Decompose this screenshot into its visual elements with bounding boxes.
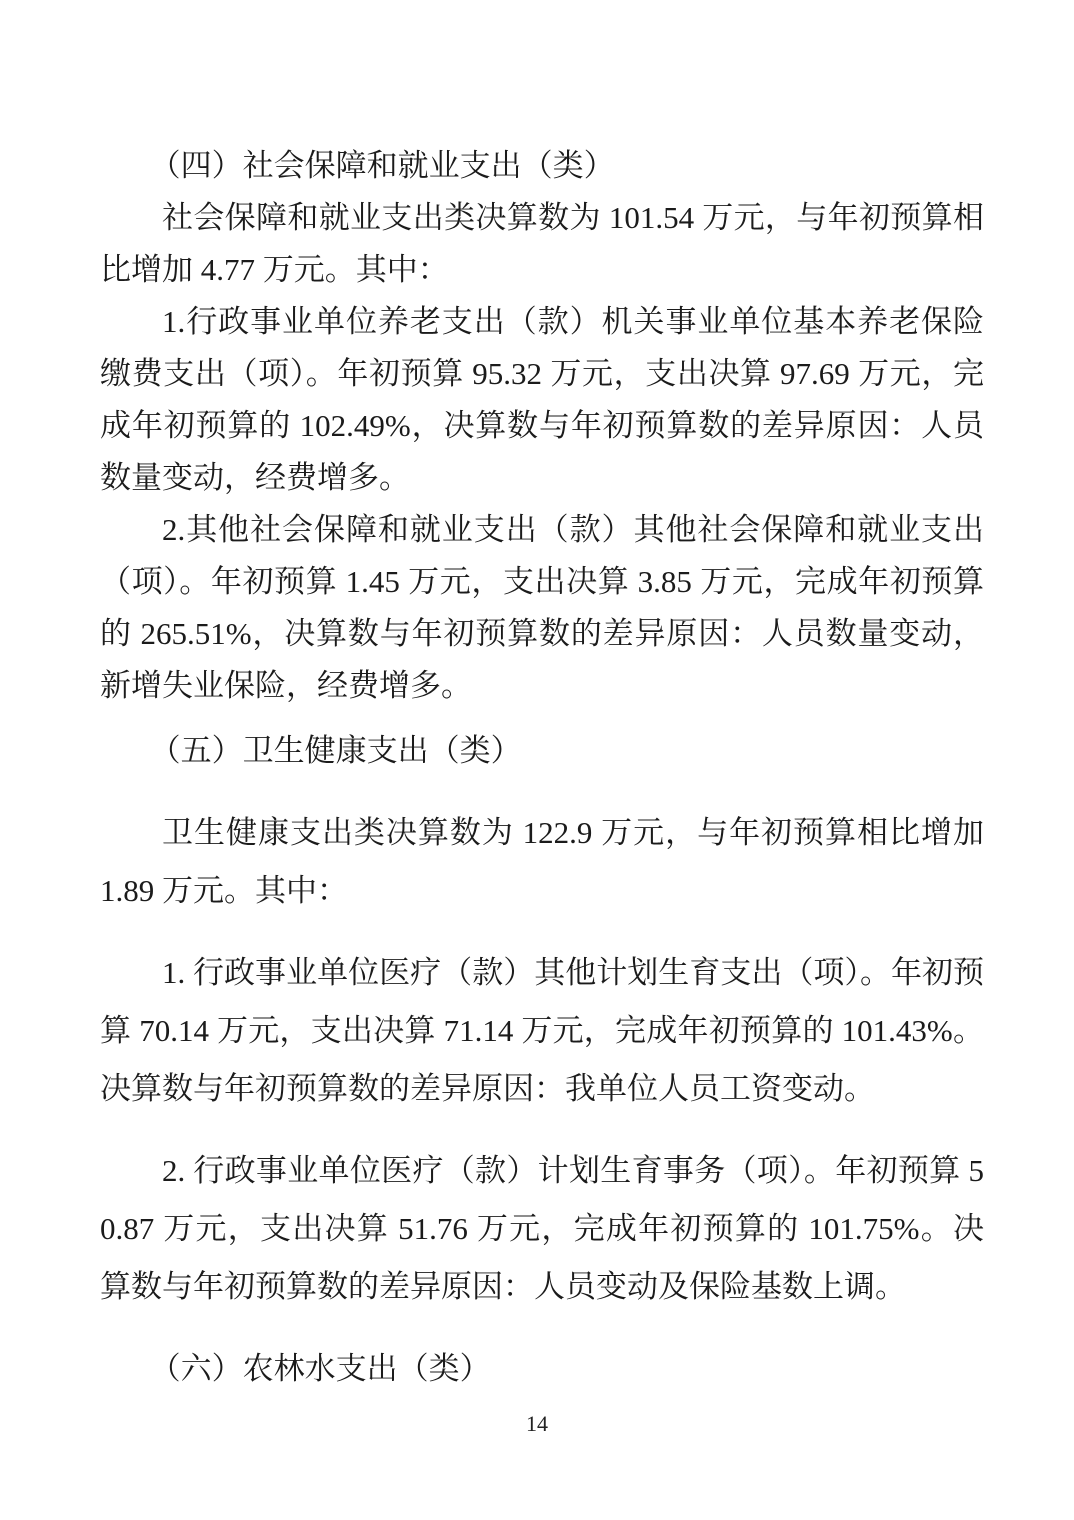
section-heading-6: （六）农林水支出（类） — [100, 1340, 984, 1398]
section-4-item-1-paragraph: 1.行政事业单位养老支出（款）机关事业单位基本养老保险缴费支出（项）。年初预算 … — [100, 296, 984, 504]
section-4-summary-paragraph: 社会保障和就业支出类决算数为 101.54 万元，与年初预算相比增加 4.77 … — [100, 192, 984, 296]
section-5-summary-paragraph: 卫生健康支出类决算数为 122.9 万元，与年初预算相比增加 1.89 万元。其… — [100, 804, 984, 920]
page-number: 14 — [0, 1410, 1074, 1438]
section-heading-5: （五）卫生健康支出（类） — [100, 722, 984, 780]
section-4-item-2-paragraph: 2.其他社会保障和就业支出（款）其他社会保障和就业支出（项）。年初预算 1.45… — [100, 504, 984, 712]
section-heading-4: （四）社会保障和就业支出（类） — [100, 140, 984, 192]
document-page: （四）社会保障和就业支出（类） 社会保障和就业支出类决算数为 101.54 万元… — [0, 0, 1074, 1520]
document-body: （四）社会保障和就业支出（类） 社会保障和就业支出类决算数为 101.54 万元… — [100, 140, 984, 1398]
section-5-item-2-paragraph: 2. 行政事业单位医疗（款）计划生育事务（项）。年初预算 50.87 万元，支出… — [100, 1142, 984, 1316]
section-5-item-1-paragraph: 1. 行政事业单位医疗（款）其他计划生育支出（项）。年初预算 70.14 万元，… — [100, 944, 984, 1118]
